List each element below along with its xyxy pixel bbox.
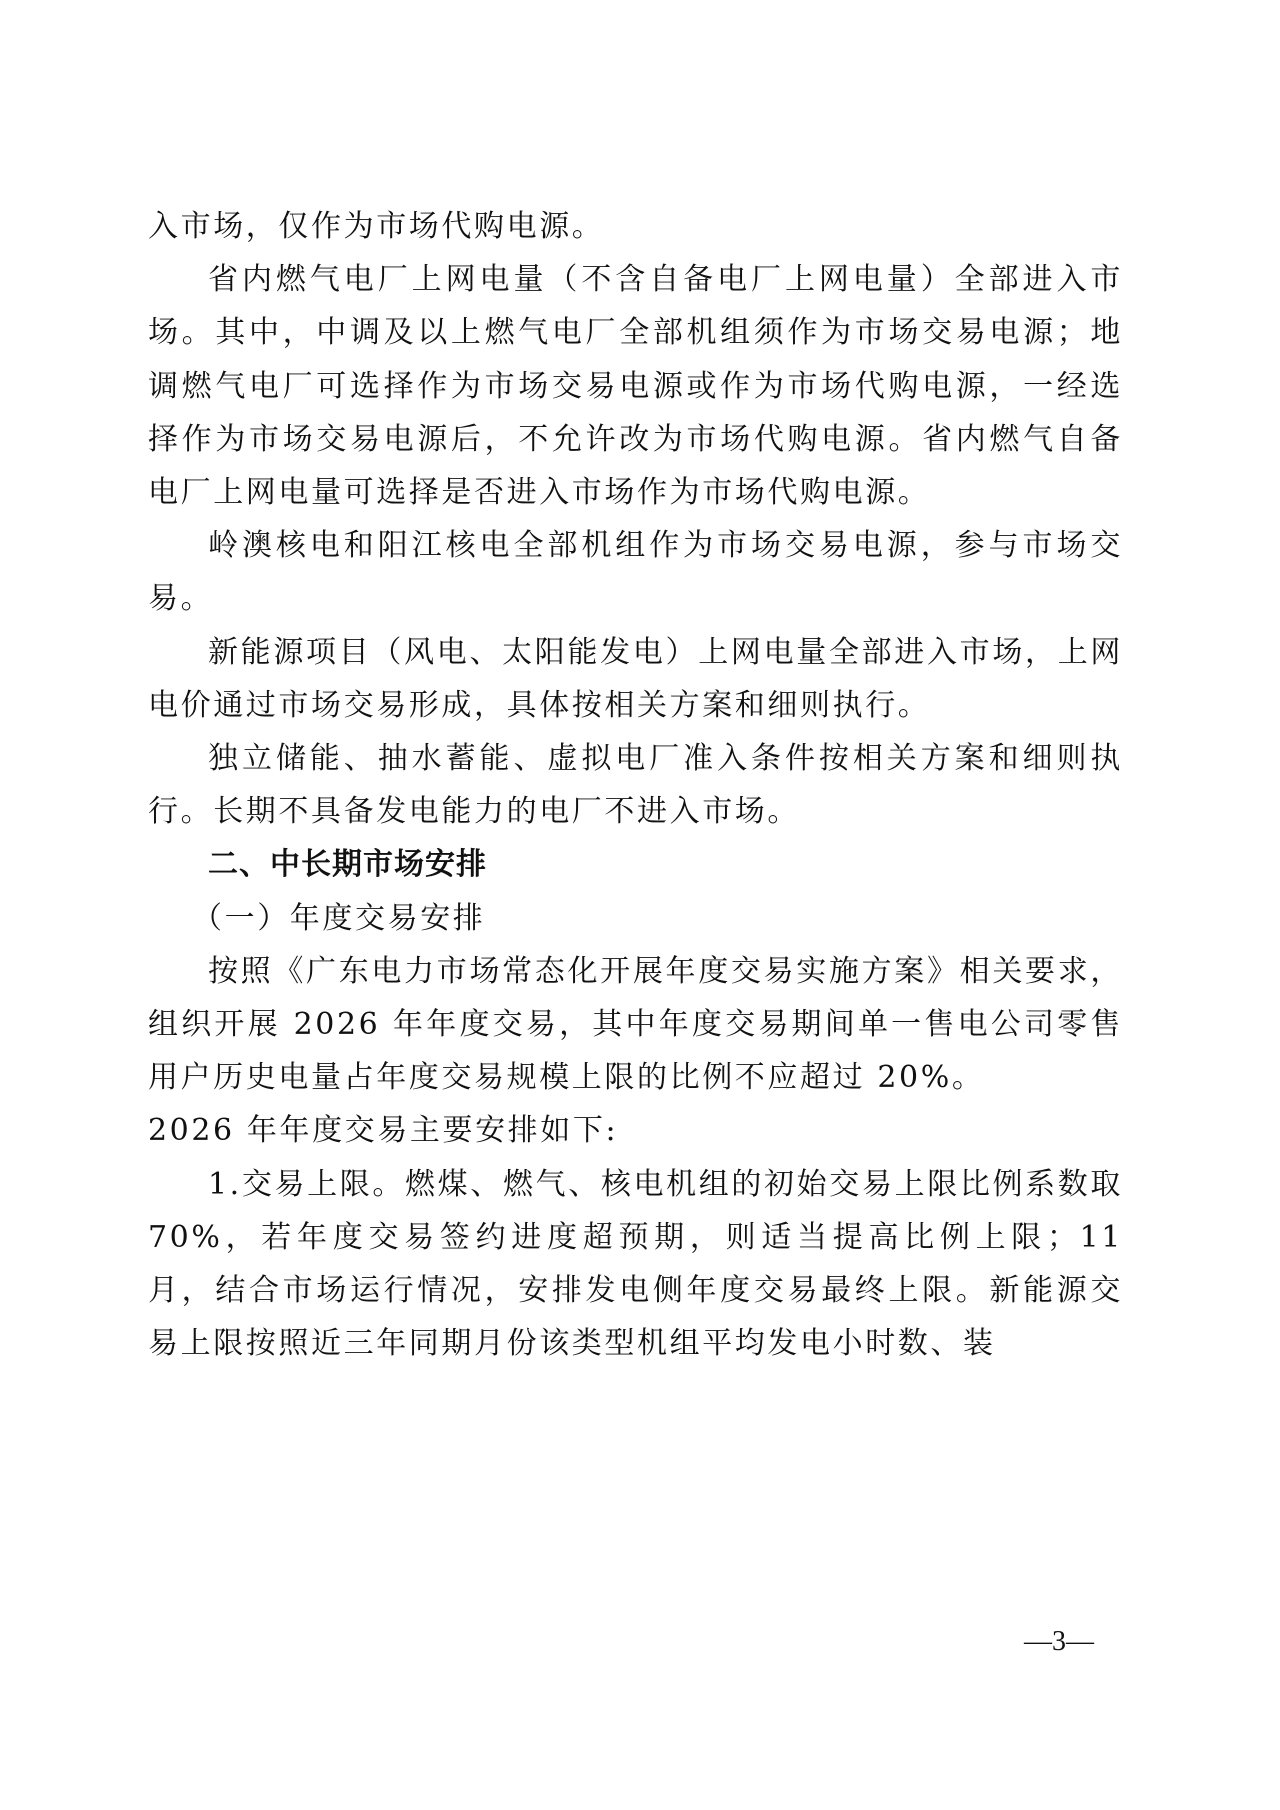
document-page: 入市场，仅作为市场代购电源。 省内燃气电厂上网电量（不含自备电厂上网电量）全部进…	[0, 0, 1280, 1810]
section-heading: 二、中长期市场安排	[148, 838, 1123, 891]
page-number: —3—	[1014, 1626, 1104, 1658]
subsection-heading: （一）年度交易安排	[148, 892, 1123, 945]
paragraph-energy-storage: 独立储能、抽水蓄能、虚拟电厂准入条件按相关方案和细则执行。长期不具备发电能力的电…	[148, 732, 1123, 838]
paragraph-nuclear-power: 岭澳核电和阳江核电全部机组作为市场交易电源，参与市场交易。	[148, 519, 1123, 625]
paragraph-gas-power-plants: 省内燃气电厂上网电量（不含自备电厂上网电量）全部进入市场。其中，中调及以上燃气电…	[148, 253, 1123, 519]
paragraph-trading-limit: 1.交易上限。燃煤、燃气、核电机组的初始交易上限比例系数取 70%，若年度交易签…	[148, 1158, 1123, 1371]
paragraph-annual-trading: 按照《广东电力市场常态化开展年度交易实施方案》相关要求，组织开展 2026 年年…	[148, 945, 1123, 1105]
paragraph-arrangement-intro: 2026 年年度交易主要安排如下:	[148, 1104, 1123, 1157]
paragraph-new-energy: 新能源项目（风电、太阳能发电）上网电量全部进入市场，上网电价通过市场交易形成，具…	[148, 626, 1123, 732]
paragraph-continuation: 入市场，仅作为市场代购电源。	[148, 200, 1123, 253]
document-body: 入市场，仅作为市场代购电源。 省内燃气电厂上网电量（不含自备电厂上网电量）全部进…	[148, 200, 1123, 1370]
